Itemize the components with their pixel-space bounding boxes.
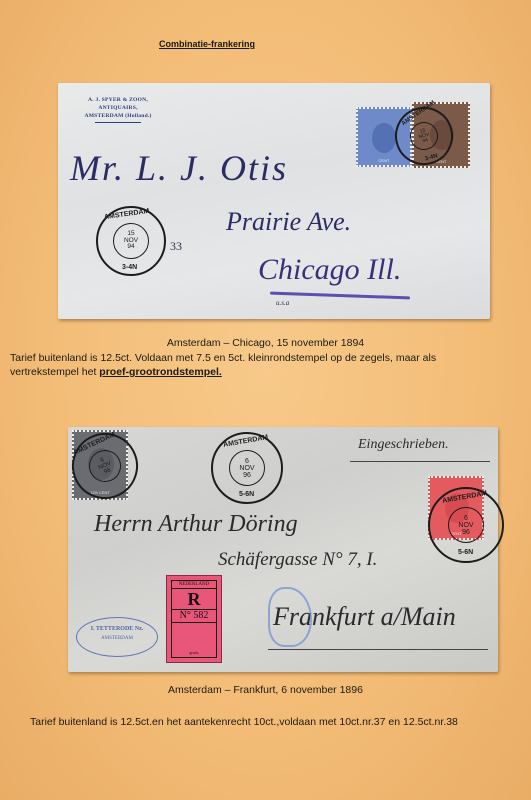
- portrait-icon: [372, 123, 396, 153]
- country-note: u.s.a: [276, 299, 289, 307]
- postmark-day: 6: [464, 515, 468, 522]
- postmark-center: 6 NOV 96 AMSTERDAM 5-6N: [211, 432, 283, 504]
- postmark-year: 94: [127, 244, 134, 251]
- cover-chicago: A. J. SPYER & ZOON, ANTIQUAIRS, AMSTERDA…: [58, 83, 490, 319]
- label-country: NEDERLAND: [172, 581, 216, 589]
- address-underline: [268, 649, 488, 650]
- address-line-name: Herrn Arthur Döring: [94, 511, 298, 538]
- cachet-name: I. TETTERODE Nz.: [77, 626, 157, 632]
- postmark-ring-text: AMSTERDAM: [442, 490, 488, 505]
- underline-stroke: [270, 292, 410, 300]
- dealer-cachet: I. TETTERODE Nz. AMSTERDAM: [76, 617, 158, 657]
- address-line-street: Prairie Ave.: [226, 207, 351, 237]
- postmark-year: 94: [422, 138, 429, 144]
- blue-crayon-mark: [268, 587, 312, 647]
- postmark-time: 5-6N: [458, 549, 473, 556]
- page-title: Combinatie-frankering: [0, 39, 414, 49]
- sender-line: AMSTERDAM (Holland.): [58, 112, 178, 120]
- sender-line: ANTIQUAIRS,: [58, 104, 178, 112]
- registered-note: Eingeschrieben.: [358, 437, 449, 453]
- label-number: N° 582: [172, 609, 216, 623]
- sender-line: A. J. SPYER & ZOON,: [58, 96, 178, 104]
- description-text: Tarief buitenland is 12.5ct. Voldaan met…: [10, 352, 436, 378]
- note-underline: [350, 461, 490, 462]
- description-cover-1: Tarief buitenland is 12.5ct. Voldaan met…: [10, 351, 485, 379]
- ornament-rule: [95, 122, 141, 123]
- label-letter: R: [172, 589, 216, 609]
- address-line-street: Schäfergasse N° 7, I.: [218, 549, 377, 571]
- postmark-ring-text: AMSTERDAM: [223, 434, 269, 449]
- stamp-denomination: CENT: [358, 158, 410, 163]
- description-cover-2: Tarief buitenland is 12.5ct.en het aante…: [12, 714, 502, 730]
- address-line-name: Mr. L. J. Otis: [70, 147, 288, 189]
- sender-imprint: A. J. SPYER & ZOON, ANTIQUAIRS, AMSTERDA…: [58, 96, 178, 123]
- caption-cover-2: Amsterdam – Frankfurt, 6 november 1896: [0, 684, 531, 696]
- postmark-year: 96: [462, 529, 470, 536]
- caption-cover-1: Amsterdam – Chicago, 15 november 1894: [0, 337, 531, 349]
- postmark-month: NOV: [239, 465, 254, 472]
- cover-frankfurt: 12½ CENT 6 NOV 96 AMSTERDAM 6 NOV 96 AMS…: [68, 427, 498, 672]
- postmark-day: 6: [245, 458, 249, 465]
- label-footer: gratis: [172, 650, 216, 655]
- postmark-time: 5-6N: [239, 491, 254, 498]
- registration-label: NEDERLAND R N° 582 gratis: [166, 575, 222, 663]
- handwritten-number: 33: [170, 239, 182, 254]
- departure-postmark: 15 NOV 94 AMSTERDAM 3-4N: [96, 206, 166, 276]
- cachet-city: AMSTERDAM: [77, 636, 157, 641]
- postmark-month: NOV: [458, 522, 473, 529]
- description-emphasis: proef-grootrondstempel.: [99, 366, 222, 378]
- postmark-year: 96: [243, 472, 251, 479]
- postmark-time: 3-4N: [424, 153, 438, 162]
- postmark-ring-text: AMSTERDAM: [104, 208, 150, 221]
- address-line-city: Chicago Ill.: [258, 253, 401, 287]
- postmark-time: 3-4N: [122, 264, 137, 271]
- postmark-right: 6 NOV 96 AMSTERDAM 5-6N: [428, 487, 504, 563]
- postmark-year: 96: [103, 467, 112, 475]
